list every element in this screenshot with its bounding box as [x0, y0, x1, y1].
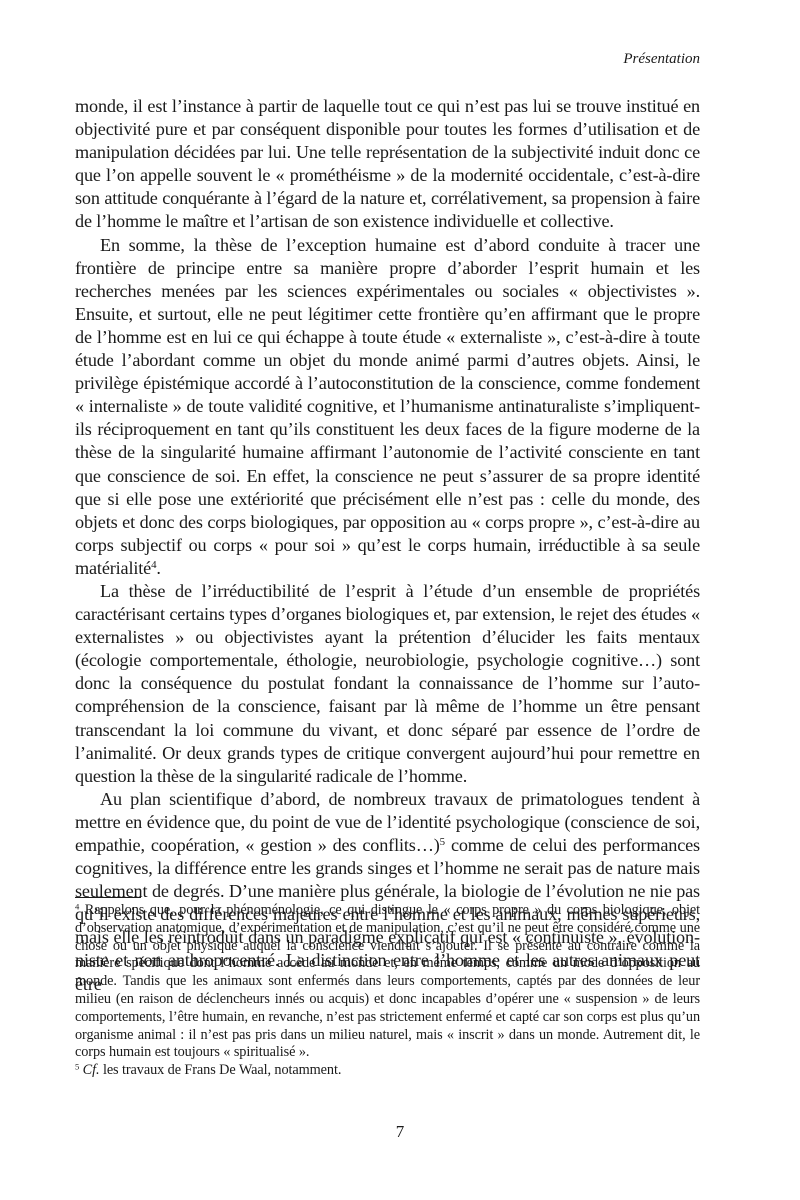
footnote-separator: [75, 897, 141, 898]
footnote-4: 4 Rappelons que, pour la phénoménologie,…: [75, 902, 700, 1062]
paragraph-text: En somme, la thèse de l’exception humain…: [75, 235, 700, 578]
footnote-5: 5 Cf. les travaux de Frans De Waal, nota…: [75, 1062, 700, 1080]
footnote-text: Rappelons que, pour la phénoménologie, c…: [75, 902, 700, 1060]
footnote-italic-lead: Cf.: [79, 1062, 99, 1078]
page-number: 7: [0, 1121, 800, 1143]
paragraph-2: En somme, la thèse de l’exception humain…: [75, 234, 700, 580]
running-head: Présentation: [623, 49, 700, 69]
paragraph-1: monde, il est l’instance à partir de laq…: [75, 95, 700, 234]
footnotes: 4 Rappelons que, pour la phénoménologie,…: [75, 902, 700, 1080]
footnote-text: les travaux de Frans De Waal, notamment.: [99, 1062, 341, 1078]
body-text: monde, il est l’instance à partir de laq…: [75, 95, 700, 996]
paragraph-text: monde, il est l’instance à partir de laq…: [75, 96, 700, 231]
paragraph-text-tail: .: [156, 558, 160, 578]
paragraph-3: La thèse de l’irréductibilité de l’espri…: [75, 580, 700, 788]
paragraph-text: La thèse de l’irréductibilité de l’espri…: [75, 581, 700, 786]
